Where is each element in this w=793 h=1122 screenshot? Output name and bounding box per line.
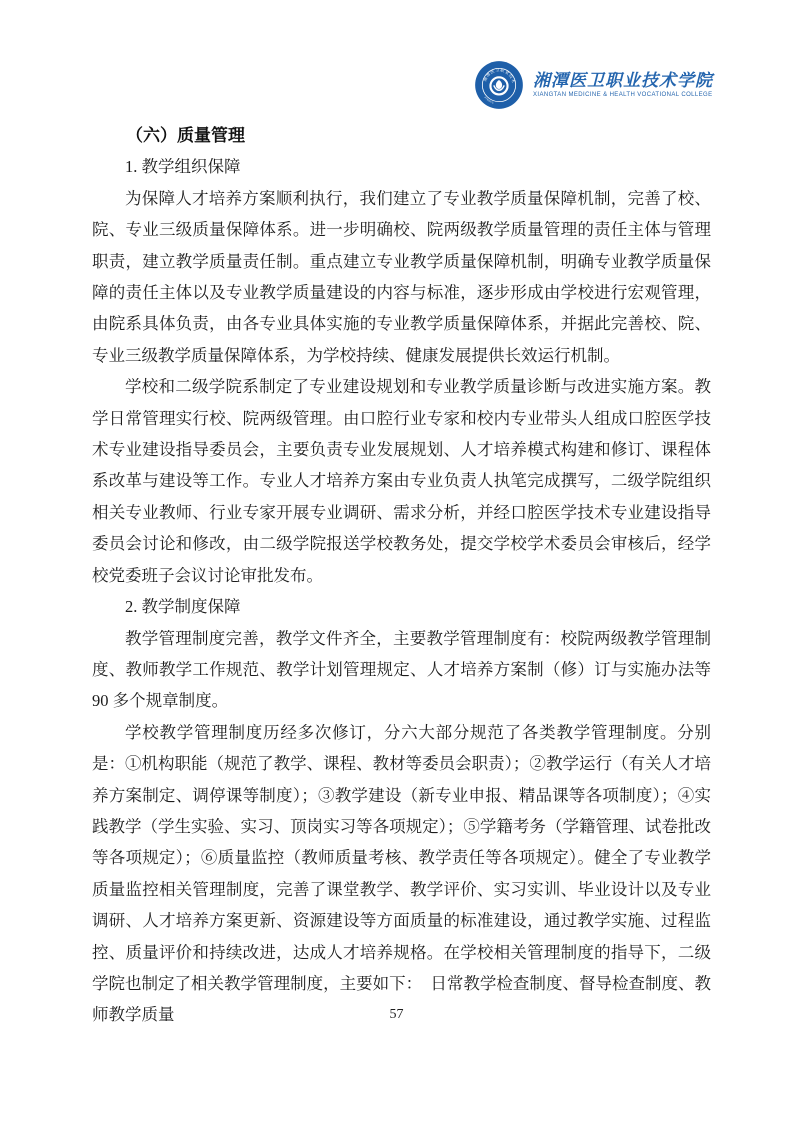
document-page: 湘潭医卫职业技术学院 XTMHVC 湘潭医卫职业技术学院 XIANGTAN ME…	[0, 0, 793, 1122]
page-footer: 57	[0, 1005, 793, 1023]
school-name-chinese: 湘潭医卫职业技术学院	[533, 71, 713, 91]
school-logo-icon: 湘潭医卫职业技术学院 XTMHVC	[472, 58, 526, 112]
page-number: 57	[390, 1007, 404, 1022]
section-heading: （六）质量管理	[92, 120, 711, 151]
subsection-1-heading: 1. 教学组织保障	[92, 151, 711, 182]
document-body: （六）质量管理 1. 教学组织保障 为保障人才培养方案顺利执行，我们建立了专业教…	[92, 120, 711, 1031]
paragraph-3: 教学管理制度完善，教学文件齐全，主要教学管理制度有：校院两级教学管理制度、教师教…	[92, 623, 711, 717]
paragraph-4: 学校教学管理制度历经多次修订，分六大部分规范了各类教学管理制度。分别是：①机构职…	[92, 717, 711, 1031]
school-name-block: 湘潭医卫职业技术学院 XIANGTAN MEDICINE & HEALTH VO…	[533, 71, 713, 100]
paragraph-2: 学校和二级学院系制定了专业建设规划和专业教学质量诊断与改进实施方案。教学日常管理…	[92, 371, 711, 591]
school-name-english: XIANGTAN MEDICINE & HEALTH VOCATIONAL CO…	[533, 91, 713, 100]
paragraph-1: 为保障人才培养方案顺利执行，我们建立了专业教学质量保障机制，完善了校、院、专业三…	[92, 183, 711, 371]
page-header: 湘潭医卫职业技术学院 XTMHVC 湘潭医卫职业技术学院 XIANGTAN ME…	[472, 58, 713, 112]
subsection-2-heading: 2. 教学制度保障	[92, 591, 711, 622]
